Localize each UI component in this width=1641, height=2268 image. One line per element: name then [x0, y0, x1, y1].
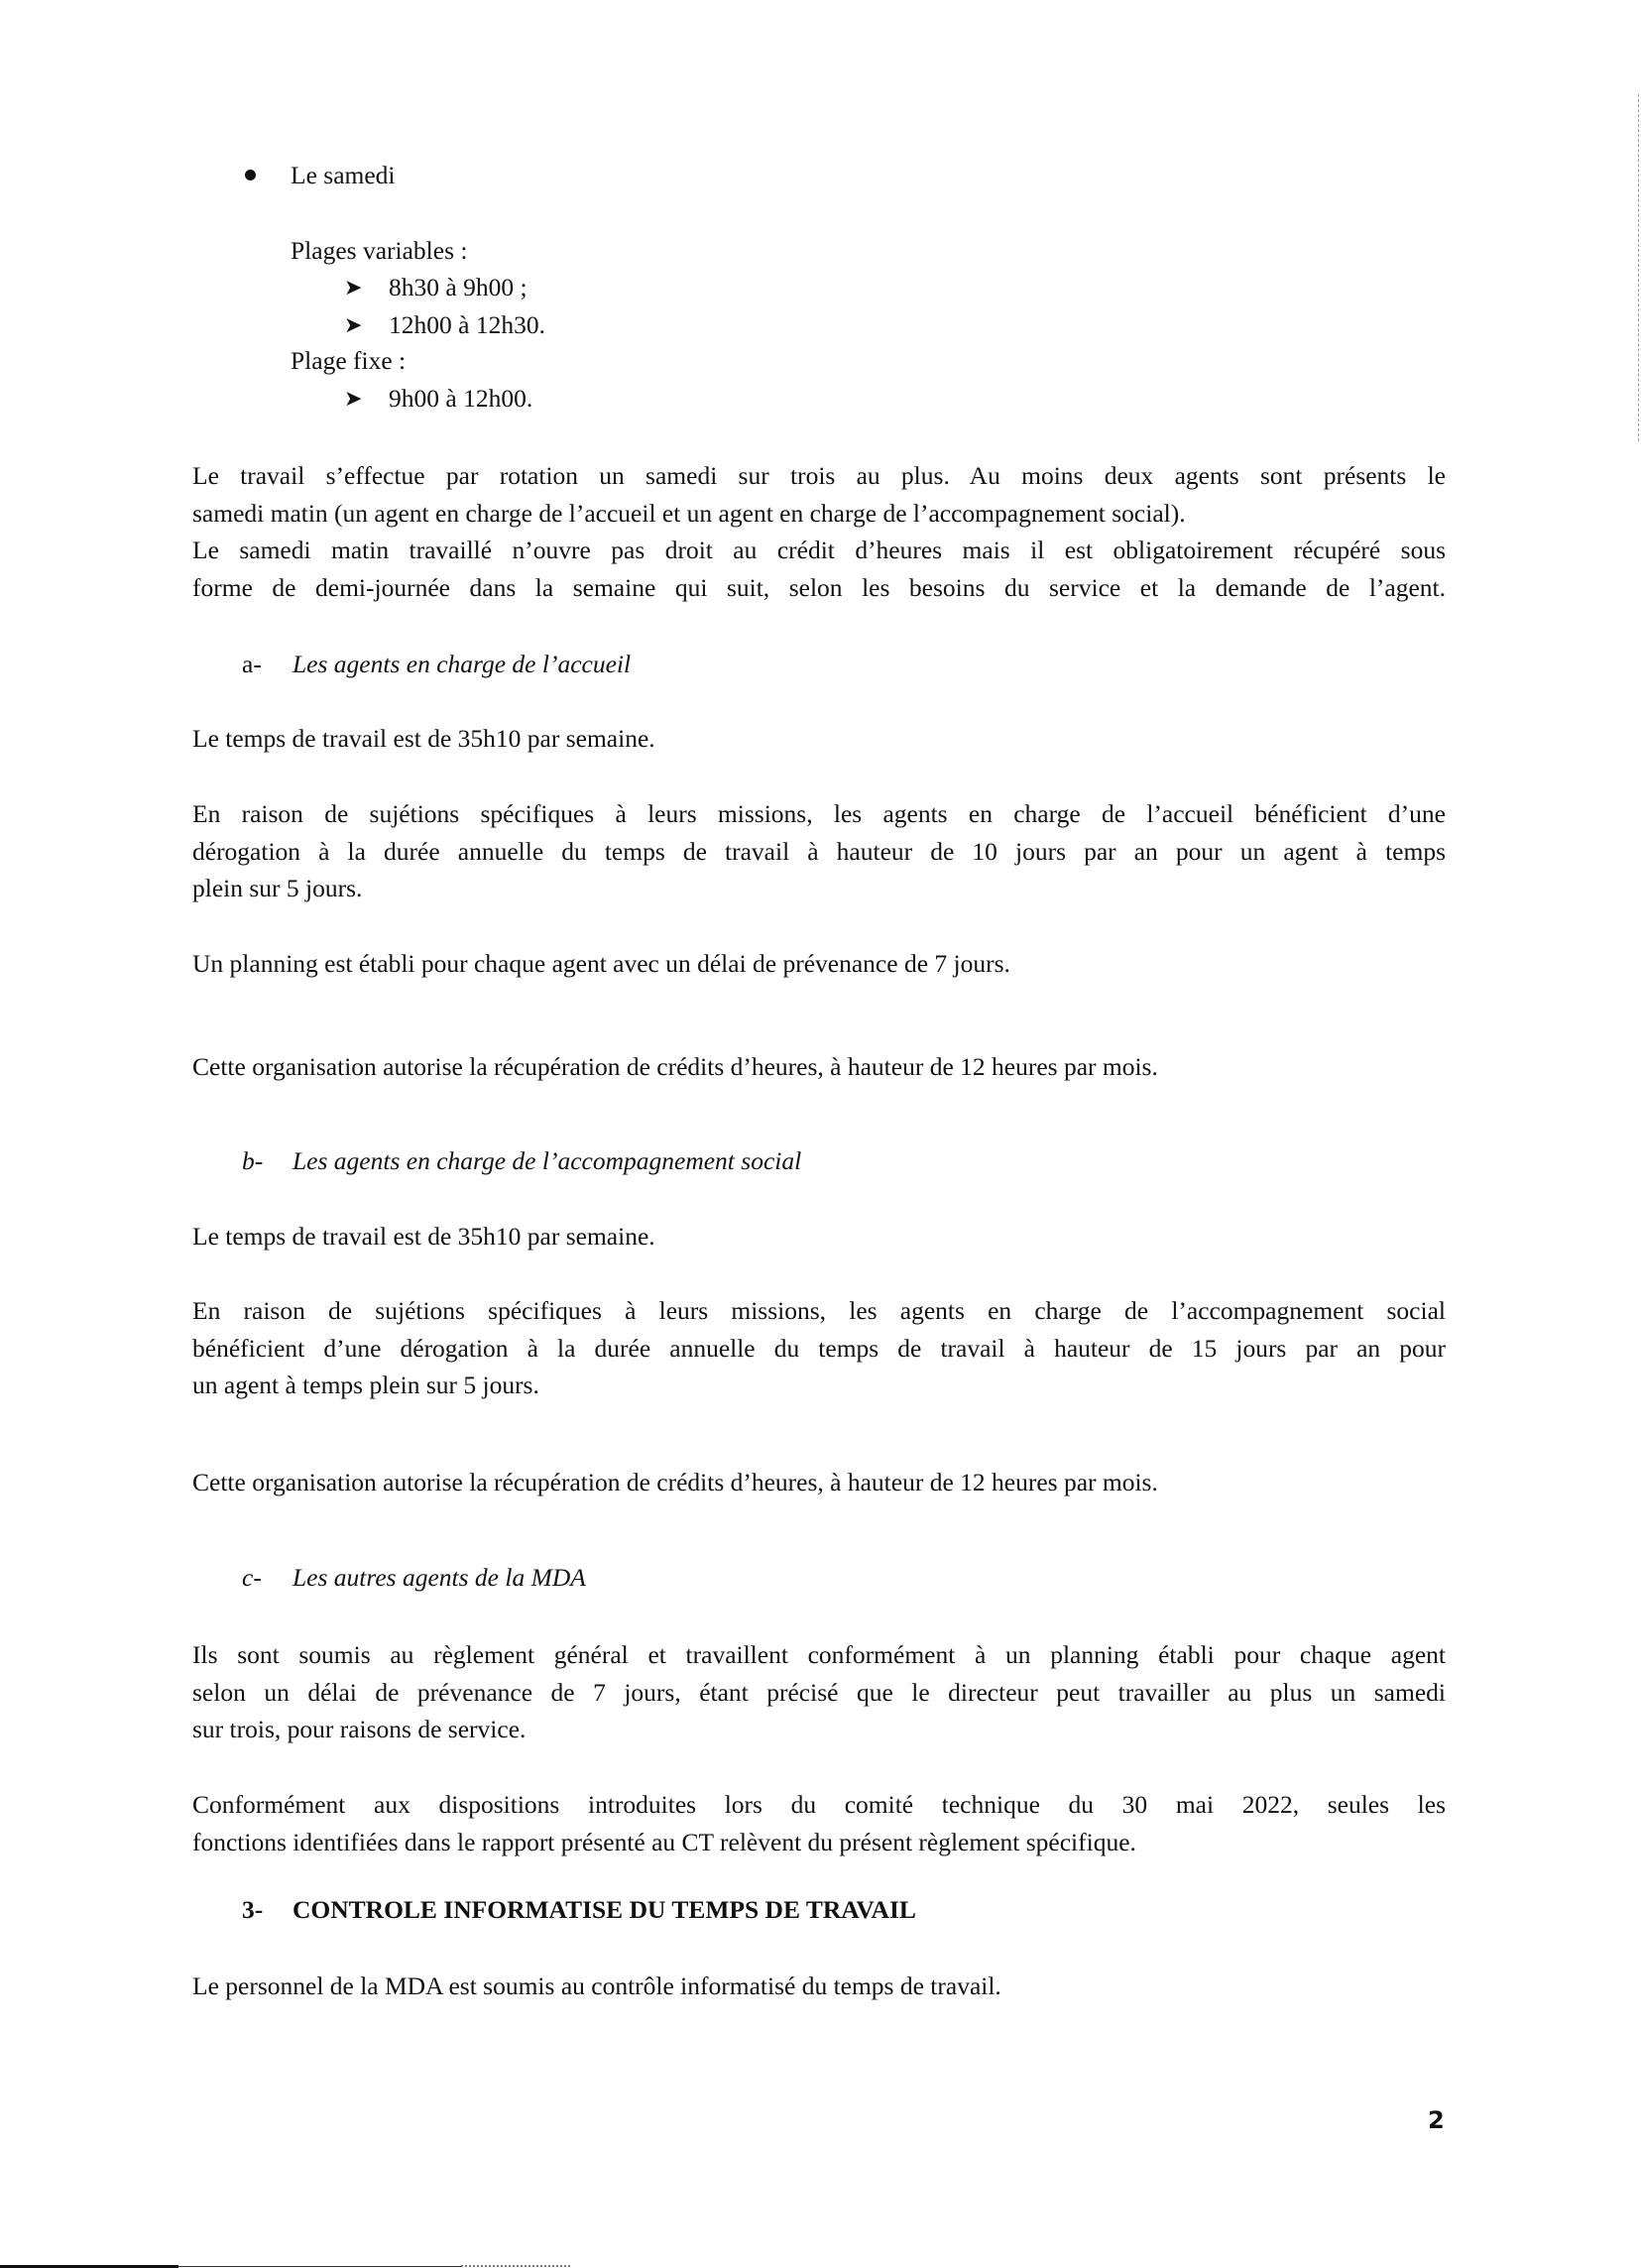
fixed-range-item: 9h00 à 12h00. — [389, 380, 532, 417]
section-b-title: Les agents en charge de l’accompagnement… — [293, 1142, 801, 1179]
paragraph-line: Ils sont soumis au règlement général et … — [192, 1636, 1446, 1674]
paragraph-line: En raison de sujétions spécifiques à leu… — [192, 1292, 1446, 1330]
variable-ranges-label: Plages variables : — [291, 232, 467, 269]
fixed-range-label: Plage fixe : — [291, 342, 406, 379]
rotation-paragraph: Le travail s’effectue par rotation un sa… — [192, 457, 1446, 606]
paragraph-line: dérogation à la durée annuelle du temps … — [192, 833, 1446, 871]
paragraph-line: Le samedi matin travaillé n’ouvre pas dr… — [192, 532, 1446, 569]
scan-edge-mark — [1638, 94, 1640, 441]
arrow-bullet-icon: ➤ — [344, 306, 362, 343]
section-3-heading: CONTROLE INFORMATISE DU TEMPS DE TRAVAIL — [293, 1891, 916, 1928]
section-a-title: Les agents en charge de l’accueil — [293, 646, 631, 682]
paragraph-line: samedi matin (un agent en charge de l’ac… — [192, 495, 1446, 533]
section-a-credits: Cette organisation autorise la récupérat… — [192, 1048, 1158, 1085]
page-number: 2 — [1428, 2106, 1445, 2134]
variable-range-item: 8h30 à 9h00 ; — [389, 269, 527, 305]
section-c-committee: Conformément aux dispositions introduite… — [192, 1786, 1446, 1860]
paragraph-line: Le travail s’effectue par rotation un sa… — [192, 457, 1446, 495]
variable-range-item: 12h00 à 12h30. — [389, 306, 545, 343]
paragraph-line: En raison de sujétions spécifiques à leu… — [192, 795, 1446, 833]
section-3-marker: 3- — [242, 1891, 263, 1928]
section-a-work-time: Le temps de travail est de 35h10 par sem… — [192, 720, 655, 757]
section-a-marker: a- — [242, 646, 262, 682]
scan-edge-mark — [178, 2266, 461, 2267]
arrow-bullet-icon: ➤ — [344, 269, 362, 305]
paragraph-line: plein sur 5 jours. — [192, 870, 1446, 907]
paragraph-line: selon un délai de prévenance de 7 jours,… — [192, 1674, 1446, 1712]
saturday-bullet-label: Le samedi — [291, 157, 396, 193]
section-c-rules: Ils sont soumis au règlement général et … — [192, 1636, 1446, 1748]
section-b-marker: b- — [242, 1142, 263, 1179]
section-b-derogation: En raison de sujétions spécifiques à leu… — [192, 1292, 1446, 1404]
paragraph-line: bénéficient d’une dérogation à la durée … — [192, 1330, 1446, 1368]
section-b-work-time: Le temps de travail est de 35h10 par sem… — [192, 1218, 655, 1254]
bullet-icon — [245, 170, 256, 180]
section-c-title: Les autres agents de la MDA — [293, 1559, 586, 1596]
arrow-bullet-icon: ➤ — [344, 380, 362, 417]
paragraph-line: sur trois, pour raisons de service. — [192, 1711, 1446, 1748]
paragraph-line: un agent à temps plein sur 5 jours. — [192, 1367, 1446, 1404]
section-b-credits: Cette organisation autorise la récupérat… — [192, 1464, 1158, 1500]
paragraph-line: Conformément aux dispositions introduite… — [192, 1786, 1446, 1824]
section-a-derogation: En raison de sujétions spécifiques à leu… — [192, 795, 1446, 907]
paragraph-line: forme de demi-journée dans la semaine qu… — [192, 569, 1446, 607]
section-a-planning: Un planning est établi pour chaque agent… — [192, 945, 1010, 982]
section-3-text: Le personnel de la MDA est soumis au con… — [192, 1968, 1001, 2004]
paragraph-line: fonctions identifiées dans le rapport pr… — [192, 1824, 1446, 1861]
section-c-marker: c- — [242, 1559, 262, 1596]
